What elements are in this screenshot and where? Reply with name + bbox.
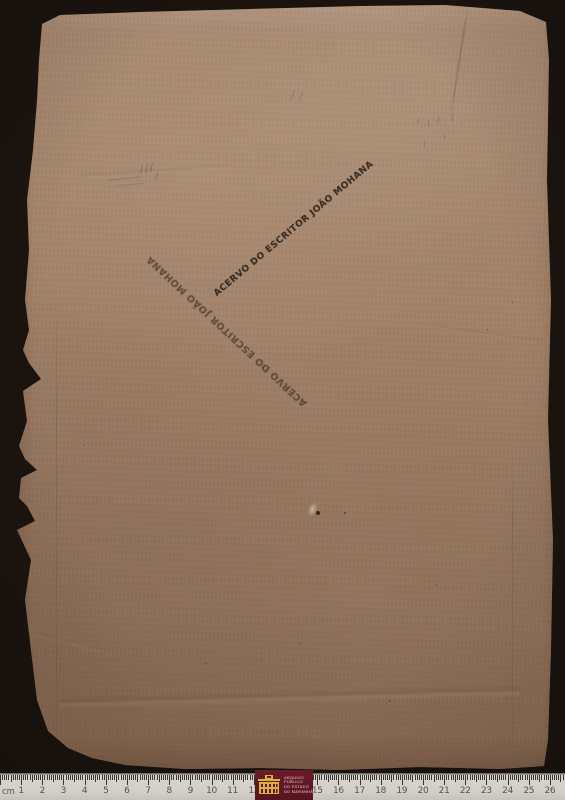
ruler-tick: [13, 775, 14, 780]
ruler-tick: [102, 775, 103, 780]
ruler-tick: [199, 775, 200, 780]
ruler-tick: [522, 775, 523, 780]
ruler-number: 22: [460, 786, 471, 796]
wrinkle-bottom-band: [60, 684, 520, 710]
ruler-number: 1: [18, 786, 23, 796]
pencil-notes-faint: [428, 120, 430, 127]
ruler-tick: [366, 775, 367, 780]
ruler-tick: [216, 775, 217, 780]
ruler-tick: [123, 775, 124, 780]
pencil-tally-marks: [155, 173, 158, 181]
ruler-tick: [362, 775, 363, 780]
ruler-number: 6: [124, 786, 129, 796]
ruler-tick: [2, 775, 3, 780]
ruler-tick: [402, 775, 403, 785]
ruler-tick: [125, 775, 126, 780]
ruler-number: 11: [227, 786, 238, 796]
ruler-tick: [243, 775, 244, 782]
ruler-tick: [182, 775, 183, 780]
paper-speck: [300, 643, 301, 644]
ruler-number: 20: [418, 786, 429, 796]
ruler-tick: [186, 775, 187, 780]
ruler-tick: [161, 775, 162, 780]
ruler-tick: [167, 775, 168, 780]
ruler-tick: [465, 775, 466, 785]
ruler-tick: [106, 775, 107, 785]
ruler-number: 25: [523, 786, 534, 796]
ruler-tick: [30, 775, 31, 780]
ruler-tick: [222, 775, 223, 782]
ruler-tick: [203, 775, 204, 780]
ruler-tick: [489, 775, 490, 780]
ruler-tick: [235, 775, 236, 780]
ruler-tick: [520, 775, 521, 780]
ruler-tick: [57, 775, 58, 780]
ruler-tick: [419, 775, 420, 780]
ruler-tick: [165, 775, 166, 780]
ruler-tick: [42, 775, 43, 785]
ruler-tick: [425, 775, 426, 780]
ruler-tick: [423, 775, 424, 785]
paper-speck: [512, 302, 513, 303]
ruler-tick: [49, 775, 50, 780]
pencil-tally-marks: [145, 164, 148, 173]
ruler-tick: [188, 775, 189, 780]
ruler-number: 23: [481, 786, 492, 796]
ruler-tick: [233, 775, 234, 785]
ruler-tick: [87, 775, 88, 780]
ruler-tick: [15, 775, 16, 780]
ruler-tick: [379, 775, 380, 780]
ruler-tick: [97, 775, 98, 780]
ruler-tick: [357, 775, 358, 780]
ruler-tick: [499, 775, 500, 780]
ruler-tick: [539, 775, 540, 782]
ruler-tick: [17, 775, 18, 780]
ruler-tick: [324, 775, 325, 780]
ruler-tick: [455, 775, 456, 782]
ruler-tick: [197, 775, 198, 780]
ruler-tick: [541, 775, 542, 780]
ruler-tick: [467, 775, 468, 780]
ruler-tick: [95, 775, 96, 782]
ruler-tick: [535, 775, 536, 780]
ruler-tick: [461, 775, 462, 780]
ruler-tick: [514, 775, 515, 780]
ruler-tick: [74, 775, 75, 782]
ruler-number: 24: [502, 786, 513, 796]
ruler-tick: [38, 775, 39, 780]
ruler-tick: [91, 775, 92, 780]
ruler-tick: [412, 775, 413, 782]
pencil-scribble: [108, 176, 142, 181]
ruler-tick: [89, 775, 90, 780]
ruler-tick: [159, 775, 160, 782]
ruler-tick: [241, 775, 242, 780]
ruler-tick: [61, 775, 62, 780]
ruler-tick: [226, 775, 227, 780]
ruler-tick: [36, 775, 37, 780]
ruler-tick: [224, 775, 225, 780]
ruler-tick: [552, 775, 553, 780]
ruler-tick: [4, 775, 5, 780]
ruler-tick: [40, 775, 41, 780]
ruler-tick: [406, 775, 407, 780]
ruler-tick: [252, 775, 253, 780]
ruler-tick: [383, 775, 384, 780]
ruler-tick: [446, 775, 447, 780]
ruler-tick: [154, 775, 155, 780]
ruler-tick: [470, 775, 471, 780]
ruler-tick: [448, 775, 449, 780]
ruler-tick: [550, 775, 551, 785]
ruler-tick: [400, 775, 401, 780]
ruler-tick: [440, 775, 441, 780]
ruler-tick: [503, 775, 504, 780]
ruler-tick: [495, 775, 496, 780]
ruler-number: 17: [354, 786, 365, 796]
ruler-tick: [148, 775, 149, 785]
ruler-tick: [220, 775, 221, 780]
ruler-tick: [326, 775, 327, 780]
ruler-tick: [381, 775, 382, 785]
ruler-tick: [404, 775, 405, 780]
ruler-tick: [121, 775, 122, 780]
ruler-tick: [501, 775, 502, 780]
ruler-tick: [347, 775, 348, 780]
pencil-slash-marks: [298, 92, 303, 102]
ruler-tick: [531, 775, 532, 780]
ruler-tick: [376, 775, 377, 780]
ruler-tick: [408, 775, 409, 780]
institution-badge-text: ARQUIVOPÚBLICODO ESTADODO MARANHÃO: [284, 776, 316, 794]
ruler-number: 19: [396, 786, 407, 796]
ruler-tick: [99, 775, 100, 780]
ruler-tick: [486, 775, 487, 785]
pencil-notes-faint: [417, 118, 419, 124]
ruler-tick: [370, 775, 371, 782]
ruler-tick: [169, 775, 170, 785]
ruler-tick: [355, 775, 356, 780]
ruler-tick: [190, 775, 191, 785]
ruler-tick: [19, 775, 20, 780]
ruler-tick: [8, 775, 9, 780]
ruler-tick: [389, 775, 390, 780]
ruler-tick: [214, 775, 215, 780]
ruler-number: 7: [145, 786, 150, 796]
ruler-tick: [176, 775, 177, 780]
ruler-tick: [510, 775, 511, 780]
ruler-tick: [44, 775, 45, 780]
ruler-tick: [527, 775, 528, 780]
ruler-tick: [321, 775, 322, 780]
wrinkle-bottom-left: [36, 630, 116, 657]
ruler-tick: [317, 775, 318, 785]
ruler-tick: [482, 775, 483, 780]
ruler-tick: [563, 775, 564, 780]
ruler-tick: [144, 775, 145, 780]
ruler-tick: [116, 775, 117, 782]
ruler-tick: [93, 775, 94, 780]
ruler-tick: [59, 775, 60, 780]
ruler-tick: [209, 775, 210, 780]
badge-text-line: DO MARANHÃO: [284, 790, 316, 795]
crease-top-right: [449, 3, 470, 124]
ruler-tick: [544, 775, 545, 780]
ruler-tick: [546, 775, 547, 780]
ruler-tick: [173, 775, 174, 780]
ruler-tick: [207, 775, 208, 780]
ruler-tick: [129, 775, 130, 780]
ruler-unit-label: cm: [2, 787, 15, 797]
paper-speck: [84, 445, 85, 446]
paper-speck: [487, 329, 488, 330]
ruler-tick: [512, 775, 513, 780]
ruler-tick: [25, 775, 26, 780]
ruler-tick: [415, 775, 416, 780]
ruler-tick: [457, 775, 458, 780]
ruler-tick: [47, 775, 48, 780]
pencil-tally-marks: [140, 165, 143, 174]
ruler-tick: [497, 775, 498, 782]
ruler-number: 8: [166, 786, 171, 796]
ruler-tick: [410, 775, 411, 780]
paper-speck: [206, 663, 207, 664]
ruler-tick: [421, 775, 422, 780]
ruler-tick: [157, 775, 158, 780]
ruler-tick: [112, 775, 113, 780]
ruler-tick: [250, 775, 251, 780]
pencil-notes-faint: [437, 116, 439, 123]
paper-blemish-light: [305, 501, 319, 518]
ruler-tick: [554, 775, 555, 780]
paper-speck: [389, 700, 390, 702]
ruler-tick: [493, 775, 494, 780]
ruler-tick: [80, 775, 81, 780]
ruler-tick: [472, 775, 473, 780]
ruler-tick: [330, 775, 331, 780]
ruler-tick: [85, 775, 86, 785]
ruler-tick: [396, 775, 397, 780]
ruler-tick: [391, 775, 392, 782]
ruler-number: 21: [439, 786, 450, 796]
ruler-tick: [463, 775, 464, 780]
ruler-tick: [137, 775, 138, 782]
ruler-tick: [558, 775, 559, 780]
ruler-number: 16: [333, 786, 344, 796]
pencil-notes-faint: [424, 142, 426, 147]
ruler-tick: [140, 775, 141, 780]
ruler-tick: [68, 775, 69, 780]
ruler-tick: [444, 775, 445, 785]
paper-blemish-dot: [316, 511, 320, 515]
ruler-tick: [431, 775, 432, 780]
ruler-tick: [55, 775, 56, 780]
ruler-number: 2: [40, 786, 45, 796]
ruler-tick: [70, 775, 71, 780]
ruler-tick: [21, 775, 22, 785]
ruler-tick: [341, 775, 342, 780]
ruler-tick: [66, 775, 67, 780]
ruler-tick: [150, 775, 151, 780]
ruler-tick: [345, 775, 346, 780]
ruler-tick: [436, 775, 437, 780]
ruler-tick: [476, 775, 477, 782]
ruler-tick: [180, 775, 181, 782]
ruler-number: 4: [82, 786, 87, 796]
ruler-tick: [398, 775, 399, 780]
ruler-tick: [332, 775, 333, 780]
ruler-tick: [491, 775, 492, 780]
ruler-tick: [104, 775, 105, 780]
wrinkle-upper-left: [80, 163, 220, 181]
crease-spine-left: [56, 290, 57, 768]
ruler-tick: [184, 775, 185, 780]
ruler-tick: [152, 775, 153, 780]
ruler-tick: [319, 775, 320, 780]
ruler-tick: [0, 775, 1, 785]
ruler-tick: [451, 775, 452, 780]
crease-right-fold: [512, 435, 513, 770]
wrinkle-mid-right: [420, 322, 540, 345]
ruler-tick: [505, 775, 506, 780]
ruler-tick: [76, 775, 77, 780]
ruler-tick: [78, 775, 79, 780]
ruler-tick: [63, 775, 64, 785]
archival-scan: ACERVO DO ESCRITOR JOÃO MOHANA ACERVO DO…: [0, 0, 565, 800]
ruler-tick: [529, 775, 530, 785]
ruler-tick: [192, 775, 193, 780]
ruler-tick: [429, 775, 430, 780]
ruler-tick: [417, 775, 418, 780]
ruler-tick: [438, 775, 439, 780]
ruler-tick: [34, 775, 35, 780]
ruler-tick: [442, 775, 443, 780]
ruler-tick: [27, 775, 28, 780]
ruler-tick: [360, 775, 361, 785]
ruler-tick: [518, 775, 519, 782]
paper-speck: [436, 584, 437, 585]
ruler-tick: [459, 775, 460, 780]
ruler-tick: [231, 775, 232, 780]
ruler-tick: [32, 775, 33, 782]
ruler-number: 9: [188, 786, 193, 796]
ruler-tick: [110, 775, 111, 780]
ruler-tick: [53, 775, 54, 782]
ruler-tick: [118, 775, 119, 780]
ruler-tick: [393, 775, 394, 780]
ruler-tick: [23, 775, 24, 780]
ruler-tick: [146, 775, 147, 780]
pencil-notes-faint: [443, 134, 445, 140]
ruler-tick: [245, 775, 246, 780]
pencil-tally-marks: [150, 163, 153, 172]
ruler-tick: [127, 775, 128, 785]
ruler-tick: [560, 775, 561, 782]
ruler-tick: [434, 775, 435, 782]
ruler-tick: [537, 775, 538, 780]
ruler-tick: [478, 775, 479, 780]
ruler-tick: [82, 775, 83, 780]
paper-speck: [344, 512, 346, 514]
ruler-tick: [11, 775, 12, 782]
ruler-tick: [351, 775, 352, 780]
ruler-tick: [108, 775, 109, 780]
ruler-tick: [328, 775, 329, 782]
ruler-tick: [239, 775, 240, 780]
ruler-tick: [374, 775, 375, 780]
ruler-tick: [247, 775, 248, 780]
pencil-slash-marks: [290, 90, 295, 100]
ruler-tick: [349, 775, 350, 782]
archive-building-icon: [257, 775, 281, 795]
ruler-tick: [201, 775, 202, 782]
ruler-tick: [51, 775, 52, 780]
ruler-tick: [205, 775, 206, 780]
ruler-tick: [212, 775, 213, 785]
ruler-tick: [364, 775, 365, 780]
ruler-tick: [533, 775, 534, 780]
paper-speck: [138, 605, 139, 606]
ruler-number: 5: [103, 786, 108, 796]
ruler-tick: [556, 775, 557, 780]
ruler-tick: [353, 775, 354, 780]
ruler-tick: [336, 775, 337, 780]
ruler-tick: [237, 775, 238, 780]
ruler-tick: [372, 775, 373, 780]
ruler-tick: [368, 775, 369, 780]
ruler-tick: [385, 775, 386, 780]
ruler-number: 10: [206, 786, 217, 796]
ruler-tick: [387, 775, 388, 780]
ruler-tick: [6, 775, 7, 780]
ruler-tick: [135, 775, 136, 780]
ruler-tick: [508, 775, 509, 785]
ruler-tick: [171, 775, 172, 780]
ruler-tick: [178, 775, 179, 780]
ruler-tick: [218, 775, 219, 780]
ruler-tick: [133, 775, 134, 780]
ruler-tick: [516, 775, 517, 780]
ruler-tick: [114, 775, 115, 780]
ruler-tick: [195, 775, 196, 780]
pencil-notes-faint: [452, 114, 454, 122]
ruler-number: 26: [544, 786, 555, 796]
ruler-tick: [548, 775, 549, 780]
institution-badge: ARQUIVOPÚBLICODO ESTADODO MARANHÃO: [255, 770, 313, 800]
ruler-tick: [338, 775, 339, 785]
ruler-tick: [525, 775, 526, 780]
ruler-tick: [453, 775, 454, 780]
ruler-tick: [334, 775, 335, 780]
ruler-tick: [474, 775, 475, 780]
ruler-number: 18: [375, 786, 386, 796]
ruler-tick: [163, 775, 164, 780]
ruler-tick: [343, 775, 344, 780]
ruler-tick: [480, 775, 481, 780]
ruler-tick: [131, 775, 132, 780]
pencil-scribble: [118, 183, 144, 186]
ruler-tick: [228, 775, 229, 780]
ruler-tick: [72, 775, 73, 780]
ruler-tick: [427, 775, 428, 780]
ruler-tick: [484, 775, 485, 780]
ruler-number: 3: [61, 786, 66, 796]
ruler-tick: [142, 775, 143, 780]
